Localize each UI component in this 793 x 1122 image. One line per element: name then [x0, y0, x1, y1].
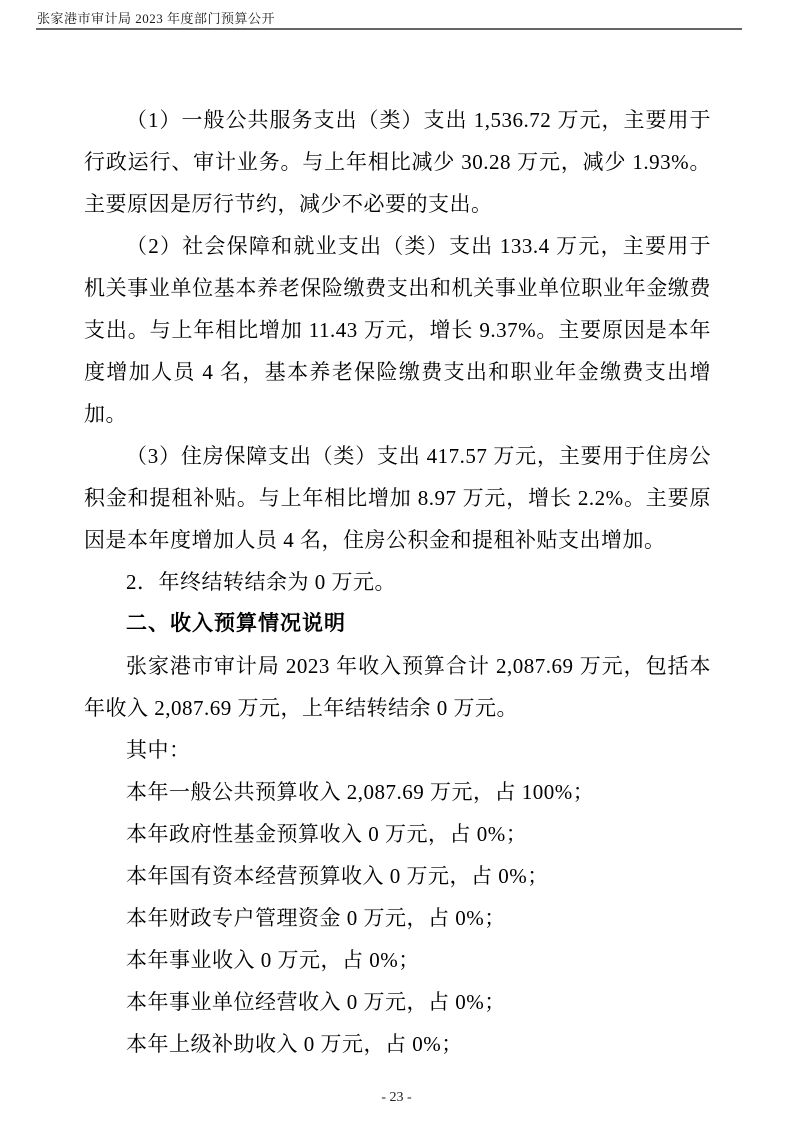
paragraph-income-budget-total: 张家港市审计局 2023 年收入预算合计 2,087.69 万元，包括本年收入 … [84, 645, 711, 729]
line-state-capital-operation-income: 本年国有资本经营预算收入 0 万元，占 0%； [84, 855, 711, 897]
line-institution-operating-income: 本年事业单位经营收入 0 万元，占 0%； [84, 981, 711, 1023]
paragraph-housing-security-expenditure: （3）住房保障支出（类）支出 417.57 万元，主要用于住房公积金和提租补贴。… [84, 435, 711, 561]
line-government-fund-budget-income: 本年政府性基金预算收入 0 万元，占 0%； [84, 813, 711, 855]
paragraph-general-public-services-expenditure: （1）一般公共服务支出（类）支出 1,536.72 万元，主要用于行政运行、审计… [84, 99, 711, 225]
paragraph-social-security-employment-expenditure: （2）社会保障和就业支出（类）支出 133.4 万元，主要用于机关事业单位基本养… [84, 225, 711, 435]
document-page: 张家港市审计局 2023 年度部门预算公开 （1）一般公共服务支出（类）支出 1… [0, 0, 793, 1122]
line-fiscal-special-account-funds: 本年财政专户管理资金 0 万元，占 0%； [84, 897, 711, 939]
document-header-title: 张家港市审计局 2023 年度部门预算公开 [37, 8, 275, 27]
line-year-end-carryover: 2．年终结转结余为 0 万元。 [84, 561, 711, 603]
page-body: （1）一般公共服务支出（类）支出 1,536.72 万元，主要用于行政运行、审计… [84, 99, 711, 1065]
header-rule [36, 28, 742, 30]
page-number: - 23 - [0, 1090, 793, 1106]
heading-income-budget-section: 二、收入预算情况说明 [84, 603, 711, 645]
line-general-public-budget-income: 本年一般公共预算收入 2,087.69 万元，占 100%； [84, 771, 711, 813]
line-superior-subsidy-income: 本年上级补助收入 0 万元，占 0%； [84, 1023, 711, 1065]
line-institution-income: 本年事业收入 0 万元，占 0%； [84, 939, 711, 981]
line-including-label: 其中： [84, 729, 711, 771]
